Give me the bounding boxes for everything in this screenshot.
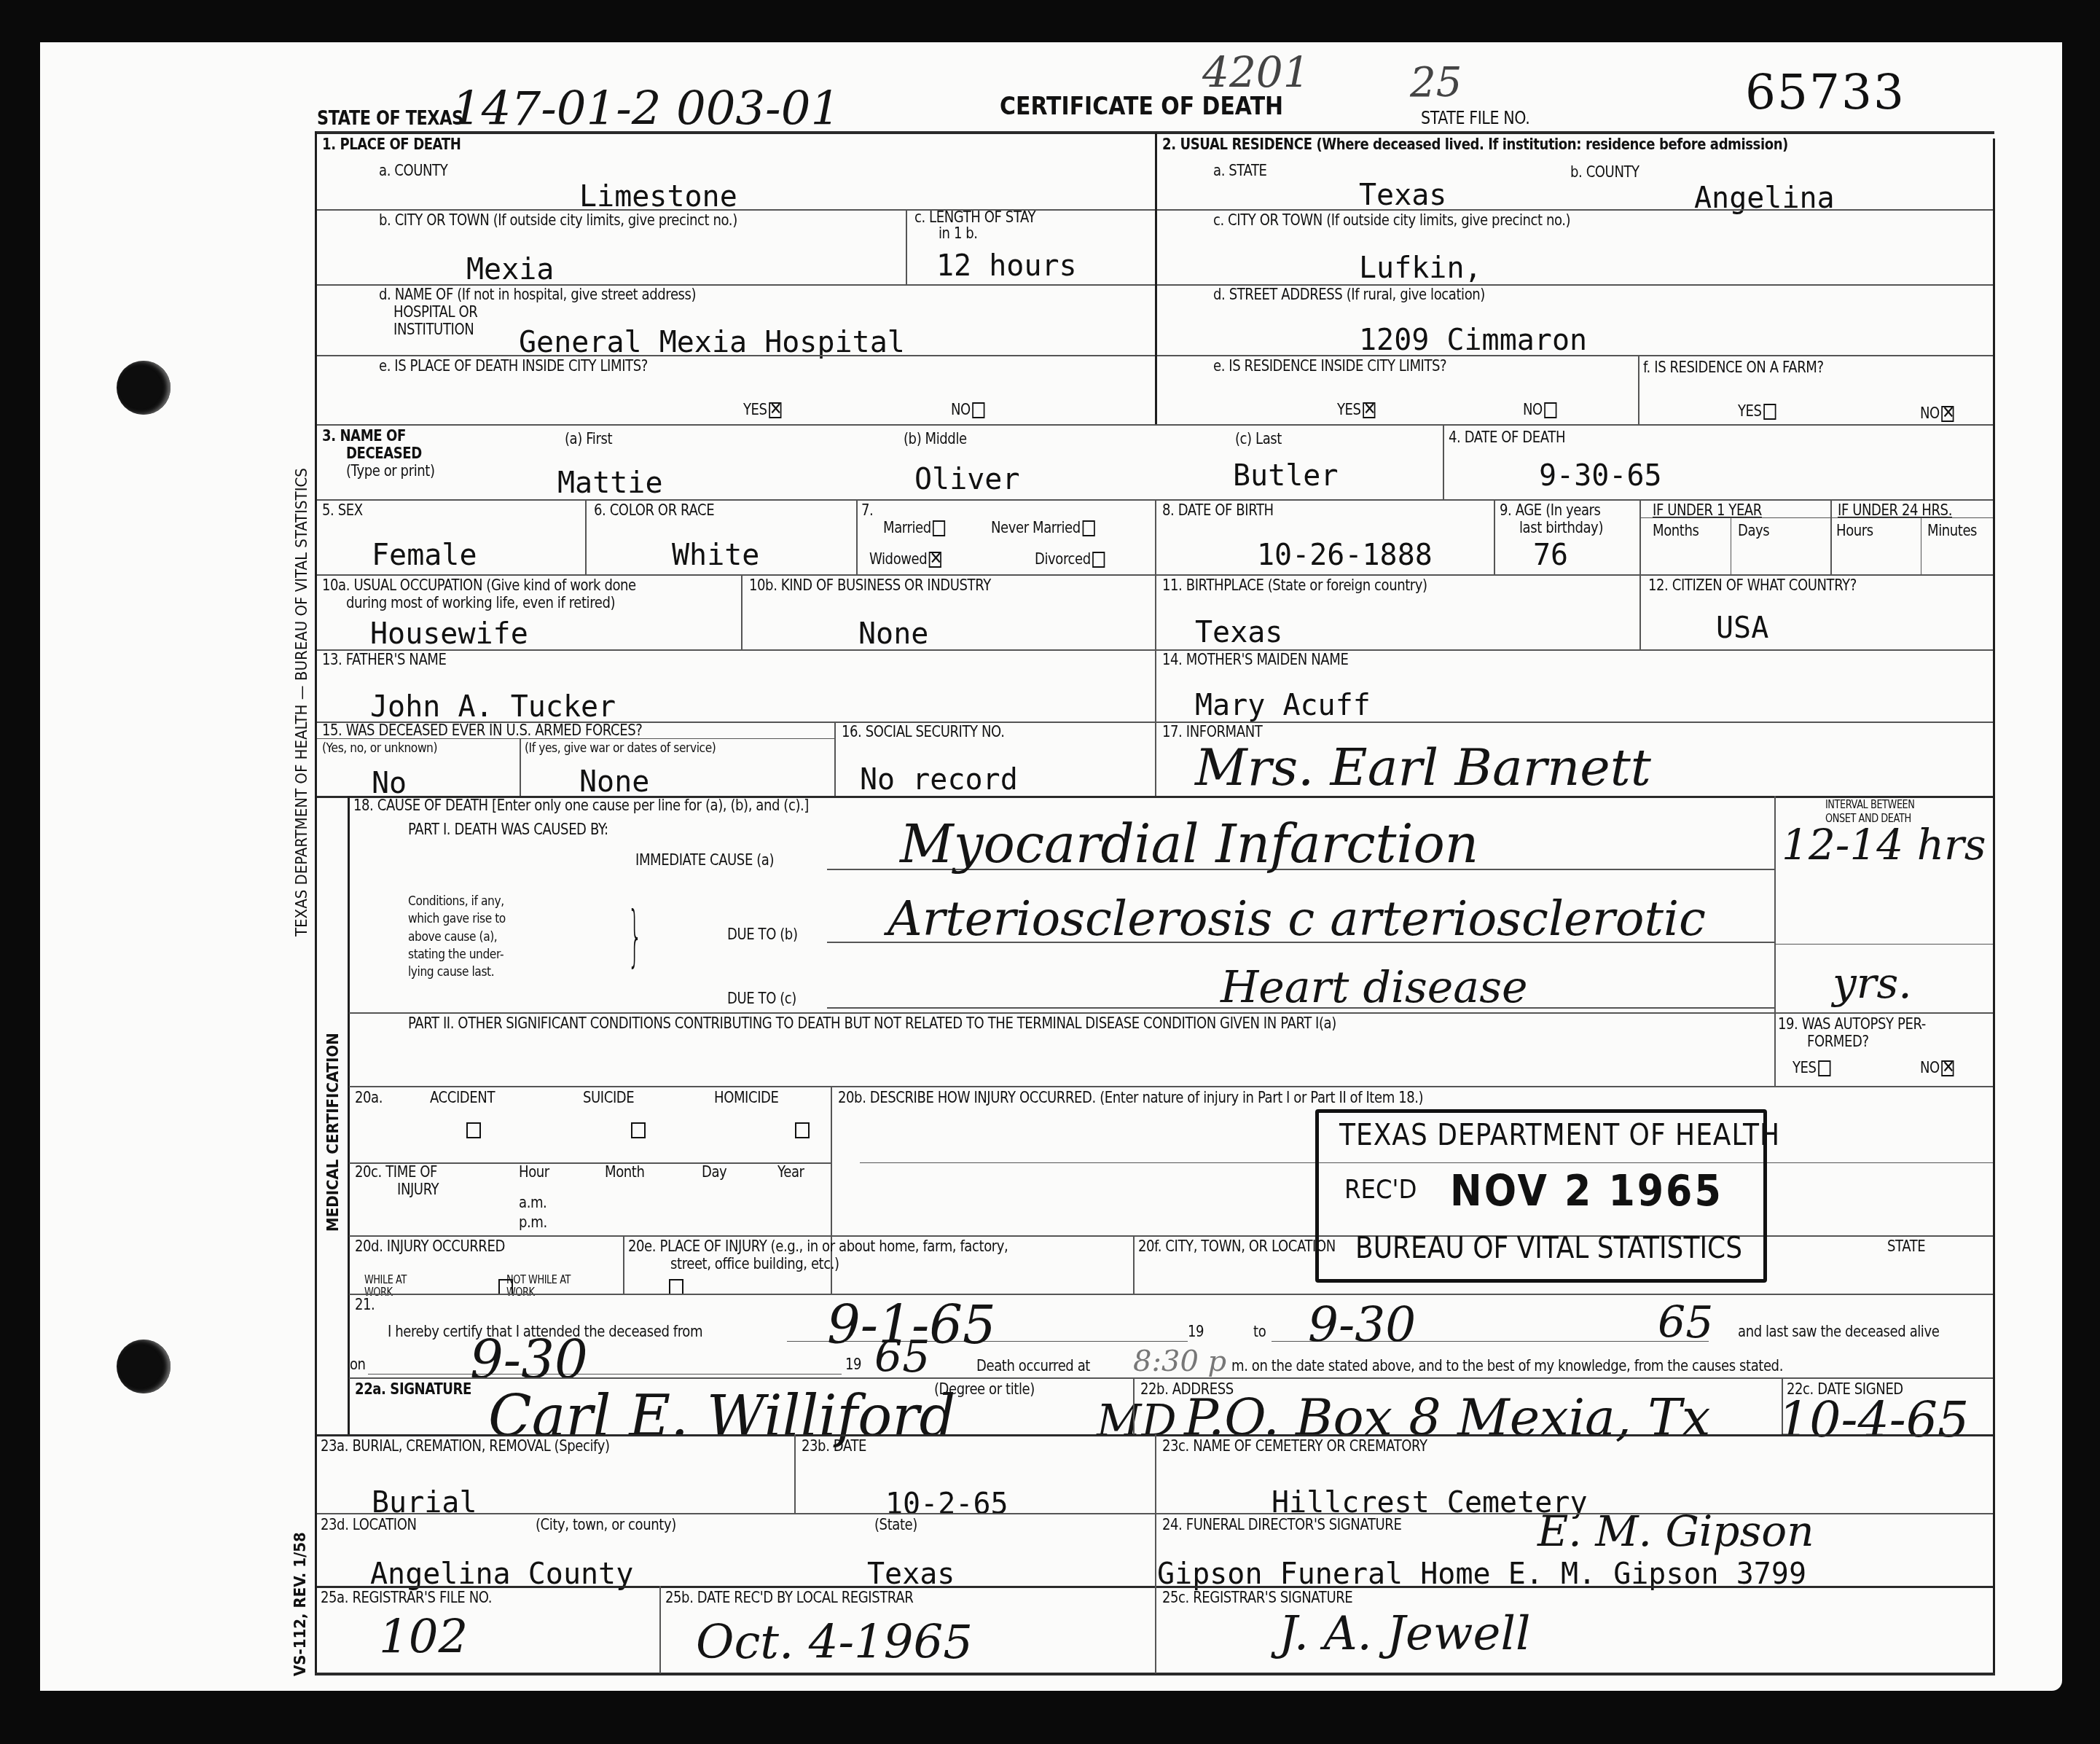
age-value: 76 [1533,541,1568,570]
last-seen-year: 65 [874,1335,930,1379]
year-prefix-label: 19 [1188,1323,1204,1341]
injury-20a-label: 20a. [355,1089,383,1107]
dod-label: 4. DATE OF DEATH [1449,429,1565,447]
funeral-director-signature: E. M. Gipson [1537,1510,1814,1552]
interval-label: INTERVAL BETWEEN [1825,798,1915,811]
occupation-value: Housewife [370,619,528,649]
stamp-date: NOV 2 1965 [1450,1166,1723,1216]
on-label: on [350,1356,366,1374]
attended-to-year: 65 [1658,1301,1713,1345]
dod-value: 9-30-65 [1539,461,1662,490]
race-value: White [672,541,759,570]
funeral-home-value: Gipson Funeral Home E. M. Gipson 3799 [1157,1560,1806,1589]
checkbox[interactable] [1082,520,1094,536]
registrar-file-label: 25a. REGISTRAR'S FILE NO. [321,1589,492,1607]
mother-value: Mary Acuff [1195,691,1371,720]
due-to-b-value: Arteriosclerosis c arteriosclerotic [888,895,1706,943]
autopsy-label-2: FORMED? [1807,1033,1869,1051]
not-while-at-work-checkbox[interactable] [669,1279,683,1295]
armed-forces-value: No [372,769,407,798]
day-label: Day [702,1163,726,1181]
last-name-label: (c) Last [1235,430,1282,448]
accident-label: ACCIDENT [430,1089,495,1107]
funeral-director-label: 24. FUNERAL DIRECTOR'S SIGNATURE [1162,1516,1401,1534]
injury-city-label: 20f. CITY, TOWN, OR LOCATION [1138,1237,1336,1256]
hour-label: Hour [519,1163,549,1181]
stamp-recd-label: REC'D [1344,1175,1417,1205]
pm-label: p.m. [519,1213,547,1232]
checkbox[interactable] [1818,1060,1830,1076]
hospital-label-2: HOSPITAL OR [393,303,477,321]
part1-label: PART I. DEATH WAS CAUSED BY: [408,821,608,839]
form-revision-label: VS-112, REV. 1/58 [291,1532,310,1676]
date-signed-value: 10-4-65 [1778,1396,1969,1445]
first-name-label: (a) First [565,430,612,448]
checkbox-checked[interactable] [1941,1060,1954,1076]
checkbox[interactable] [1092,552,1105,568]
location-city-value: Angelina County [370,1560,633,1589]
part2-label: PART II. OTHER SIGNIFICANT CONDITIONS CO… [408,1014,1336,1033]
farm-label: f. IS RESIDENCE ON A FARM? [1643,359,1824,377]
local-registrar-date-value: Oct. 4-1965 [696,1619,973,1666]
never-married-option[interactable]: Never Married [991,519,1095,537]
father-label: 13. FATHER'S NAME [322,651,446,669]
res-county-value: Angelina [1694,184,1835,213]
res-inside-city-yes[interactable]: YES [1337,401,1375,419]
immediate-cause-value: Myocardial Infarction [900,818,1478,870]
sex-value: Female [372,541,477,570]
certification-number: 21. [355,1296,375,1314]
place-of-injury-label: 20e. PLACE OF INJURY (e.g., in or about … [628,1237,1008,1256]
birthplace-label: 11. BIRTHPLACE (State or foreign country… [1162,576,1427,595]
location-label: 23d. LOCATION [321,1516,417,1534]
suicide-label: SUICIDE [583,1089,634,1107]
length-of-stay-value: 12 hours [936,251,1077,281]
divorced-option[interactable]: Divorced [1035,550,1105,568]
last-name-value: Butler [1233,461,1339,490]
inside-city-label: e. IS PLACE OF DEATH INSIDE CITY LIMITS? [379,357,648,375]
months-label: Months [1653,522,1699,540]
registrar-file-value: 102 [379,1614,468,1661]
registrar-signature-label: 25c. REGISTRAR'S SIGNATURE [1162,1589,1352,1607]
punch-hole [117,361,171,415]
res-street-value: 1209 Cimmaron [1359,326,1587,355]
autopsy-no[interactable]: NO [1920,1059,1954,1077]
checkbox[interactable] [933,520,945,536]
am-label: a.m. [519,1194,546,1212]
birthplace-value: Texas [1195,618,1282,647]
handwritten-note: 4201 [1202,51,1310,93]
middle-name-value: Oliver [914,465,1020,494]
name-label-2: DECEASED [346,445,422,463]
homicide-checkbox[interactable] [795,1122,810,1138]
res-city-value: Lufkin, [1359,254,1482,283]
to-label: to [1253,1323,1266,1341]
handwritten-note: 25 [1410,63,1462,103]
section-usual-residence: 2. USUAL RESIDENCE (Where deceased lived… [1162,136,1788,154]
widowed-option[interactable]: Widowed [869,550,941,568]
race-label: 6. COLOR OR RACE [594,501,714,520]
cemetery-label: 23c. NAME OF CEMETERY OR CREMATORY [1162,1437,1427,1455]
stay-label-2: in 1 b. [939,224,978,243]
res-street-label: d. STREET ADDRESS (If rural, give locati… [1213,286,1485,304]
mother-label: 14. MOTHER'S MAIDEN NAME [1162,651,1348,669]
res-inside-city-label: e. IS RESIDENCE INSIDE CITY LIMITS? [1213,357,1446,375]
res-state-label: a. STATE [1213,162,1267,180]
minutes-label: Minutes [1927,522,1977,540]
certification-text-3: m. on the date stated above, and to the … [1231,1357,1783,1375]
brace-icon: } [628,898,643,974]
accident-checkbox[interactable] [466,1122,481,1138]
checkbox-checked[interactable] [929,552,941,568]
name-label: 3. NAME OF [322,427,406,445]
place-of-injury-label-2: street, office building, etc.) [670,1255,839,1273]
death-time-value: 8:30 p [1133,1347,1226,1376]
business-label: 10b. KIND OF BUSINESS OR INDUSTRY [749,576,991,595]
handwritten-cert-number: 147-01-2 003-01 [452,86,840,133]
sex-label: 5. SEX [322,501,363,520]
county-label: a. COUNTY [379,162,447,180]
ssn-value: No record [860,765,1018,794]
ssn-label: 16. SOCIAL SECURITY NO. [842,723,1004,741]
location-state-value: Texas [867,1560,955,1589]
age-label: 9. AGE (In years [1500,501,1601,520]
conditions-note: Conditions, if any,which gave rise toabo… [408,893,506,981]
informant-signature: Mrs. Earl Barnett [1195,742,1651,793]
state-file-label: STATE FILE NO. [1421,108,1529,129]
hospital-value: General Mexia Hospital [519,328,905,357]
inside-city-no[interactable]: NO [951,401,985,419]
hospital-label: d. NAME OF (If not in hospital, give str… [379,286,696,304]
days-label: Days [1738,522,1769,540]
first-name-value: Mattie [557,469,663,498]
interval-a-value: 12-14 hrs [1782,824,1986,866]
armed-sub-label: (Yes, no, or unknown) [322,740,437,756]
time-of-injury-label: 20c. TIME OF [355,1163,437,1181]
month-label: Month [605,1163,644,1181]
checkbox-checked[interactable] [1941,406,1954,422]
armed-service-value: None [579,767,649,797]
due-to-c-value: Heart disease [1221,966,1527,1009]
section-place-of-death: 1. PLACE OF DEATH [322,136,461,154]
occupation-label: 10a. USUAL OCCUPATION (Give kind of work… [322,576,636,595]
hospital-label-3: INSTITUTION [393,321,474,339]
year-label: Year [777,1163,804,1181]
armed-forces-label: 15. WAS DECEASED EVER IN U.S. ARMED FORC… [322,722,642,740]
punch-hole [117,1340,171,1393]
checkbox-checked[interactable] [1363,402,1375,418]
occupation-label-2: during most of working life, even if ret… [346,594,615,612]
stamp-department: TEXAS DEPARTMENT OF HEALTH [1339,1119,1780,1152]
due-to-b-label: DUE TO (b) [727,926,798,944]
res-city-label: c. CITY OR TOWN (If outside city limits,… [1213,211,1570,230]
local-registrar-date-label: 25b. DATE REC'D BY LOCAL REGISTRAR [665,1589,913,1607]
cause-of-death-label: 18. CAUSE OF DEATH [Enter only one cause… [353,797,809,815]
checkbox[interactable] [1544,402,1556,418]
attended-to-value: 9-30 [1308,1301,1416,1349]
burial-date-value: 10-2-65 [885,1490,1008,1519]
physician-degree: MD [1097,1399,1177,1443]
burial-date-label: 23b. DATE [802,1437,866,1455]
state-file-number: 65733 [1745,64,1905,120]
res-inside-city-no[interactable]: NO [1523,401,1557,419]
middle-name-label: (b) Middle [904,430,967,448]
name-label-3: (Type or print) [346,462,435,480]
dob-value: 10-26-1888 [1257,541,1433,570]
describe-injury-label: 20b. DESCRIBE HOW INJURY OCCURRED. (Ente… [838,1089,1423,1107]
citizen-value: USA [1716,614,1768,643]
location-city-label: (City, town, or county) [536,1516,676,1534]
farm-yes[interactable]: YES [1738,402,1776,421]
farm-no[interactable]: NO [1920,404,1954,423]
immediate-cause-label: IMMEDIATE CAUSE (a) [635,851,774,869]
married-option[interactable]: Married [883,519,946,537]
age-label-2: last birthday) [1519,519,1603,537]
injury-state-label: STATE [1887,1237,1925,1256]
suicide-checkbox[interactable] [631,1122,646,1138]
medical-certification-label: MEDICAL CERTIFICATION [324,1033,342,1232]
certification-text-2: and last saw the deceased alive [1738,1323,1939,1341]
year-prefix-label: 19 [845,1356,861,1374]
vertical-department-text: TEXAS DEPARTMENT OF HEALTH — BUREAU OF V… [293,468,311,936]
state-label: STATE OF TEXAS [317,108,463,130]
homicide-label: HOMICIDE [714,1089,779,1107]
armed-service-label: (If yes, give war or dates of service) [525,740,716,756]
time-of-injury-label-2: INJURY [397,1181,439,1199]
city-label: b. CITY OR TOWN (If outside city limits,… [379,211,737,230]
checkbox[interactable] [972,402,984,418]
stamp-bureau: BUREAU OF VITAL STATISTICS [1355,1232,1742,1265]
citizen-label: 12. CITIZEN OF WHAT COUNTRY? [1648,576,1857,595]
death-county-value: Limestone [579,182,737,211]
location-state-label: (State) [874,1516,917,1534]
business-value: None [858,619,928,649]
hours-label: Hours [1836,522,1873,540]
father-value: John A. Tucker [370,692,616,722]
burial-method-label: 23a. BURIAL, CREMATION, REMOVAL (Specify… [321,1437,610,1455]
due-to-c-label: DUE TO (c) [727,990,796,1008]
dob-label: 8. DATE OF BIRTH [1162,501,1274,520]
signature-label: 22a. SIGNATURE [355,1380,471,1399]
registrar-signature: J. A. Jewell [1279,1611,1530,1657]
checkbox[interactable] [1763,404,1776,420]
injury-occurred-label: 20d. INJURY OCCURRED [355,1237,505,1256]
marital-label: 7. [861,501,873,520]
death-occurred-label: Death occurred at [976,1357,1090,1375]
res-state-value: Texas [1359,181,1446,210]
death-city-value: Mexia [466,255,554,284]
inside-city-yes[interactable]: YES [743,401,781,419]
autopsy-yes[interactable]: YES [1793,1059,1830,1077]
autopsy-label: 19. WAS AUTOPSY PER- [1778,1015,1926,1033]
res-county-label: b. COUNTY [1570,163,1639,181]
interval-c-value: yrs. [1833,962,1912,1004]
checkbox-checked[interactable] [769,402,781,418]
